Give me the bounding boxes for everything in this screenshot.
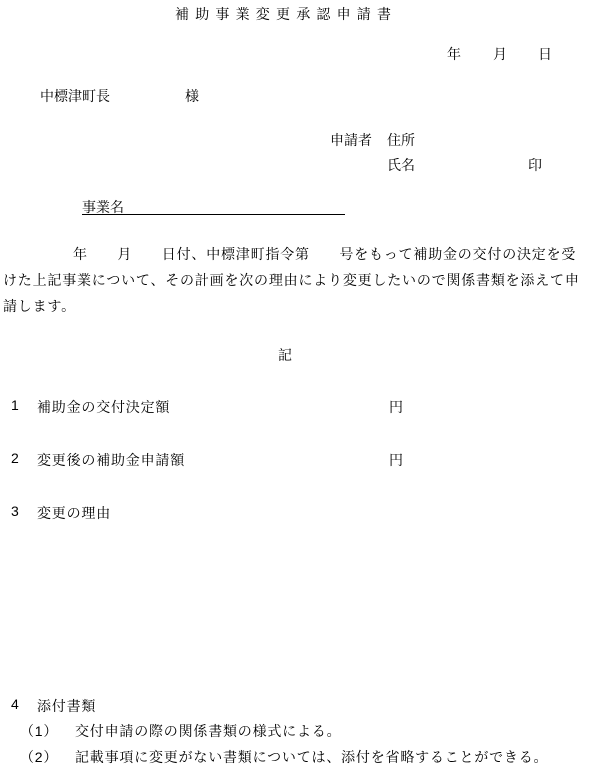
item-row-change-reason: 3 変更の理由 — [0, 503, 589, 519]
item-number: 1 — [11, 397, 20, 413]
attachment-note: （1） 交付申請の際の関係書類の様式による。 — [0, 721, 589, 737]
form-title: 補助事業変更承認申請書 — [175, 6, 397, 22]
item-label: 変更の理由 — [37, 503, 111, 523]
address-label: 住所 — [387, 132, 415, 148]
applicant-label: 申請者 — [330, 132, 372, 148]
date-month-label: 月 — [493, 46, 507, 62]
item-row-decided-amount: 1 補助金の交付決定額 円 — [0, 397, 589, 413]
date-year-label: 年 — [447, 46, 461, 62]
item-row-attachments: 4 添付書類 — [0, 696, 589, 712]
item-label: 変更後の補助金申請額 — [37, 450, 185, 470]
body-paragraph: 年 月 日付、中標津町指令第 号をもって補助金の交付の決定を受 けた上記事業につ… — [3, 241, 587, 319]
name-label: 氏名 — [387, 157, 415, 173]
note-text: 記載事項に変更がない書類については、添付を省略することができる。 — [75, 747, 548, 765]
note-number: （2） — [20, 747, 58, 765]
paragraph-line: 年 月 日付、中標津町指令第 号をもって補助金の交付の決定を受 — [3, 241, 587, 267]
note-number: （1） — [20, 721, 58, 741]
project-name-field: 事業名 — [82, 196, 345, 215]
date-day-label: 日 — [538, 46, 552, 62]
item-number: 3 — [11, 503, 20, 519]
item-label: 添付書類 — [37, 696, 96, 716]
yen-unit-label: 円 — [389, 397, 404, 417]
paragraph-line: 請します。 — [3, 293, 587, 319]
note-text: 交付申請の際の関係書類の様式による。 — [75, 721, 341, 741]
item-label: 補助金の交付決定額 — [37, 397, 170, 417]
application-form-page: 補助事業変更承認申請書 年 月 日 中標津町長 様 申請者 住所 氏名 印 事業… — [0, 0, 589, 765]
item-row-changed-amount: 2 変更後の補助金申請額 円 — [0, 450, 589, 466]
addressee-honorific: 様 — [185, 88, 199, 104]
addressee-name: 中標津町長 — [40, 88, 110, 104]
yen-unit-label: 円 — [389, 450, 404, 470]
record-heading: 記 — [278, 347, 292, 363]
seal-label: 印 — [528, 157, 542, 173]
attachment-note: （2） 記載事項に変更がない書類については、添付を省略することができる。 — [0, 747, 589, 763]
item-number: 4 — [11, 696, 20, 712]
project-name-label: 事業名 — [82, 197, 124, 217]
paragraph-line: けた上記事業について、その計画を次の理由により変更したいので関係書類を添えて申 — [3, 267, 587, 293]
item-number: 2 — [11, 450, 20, 466]
